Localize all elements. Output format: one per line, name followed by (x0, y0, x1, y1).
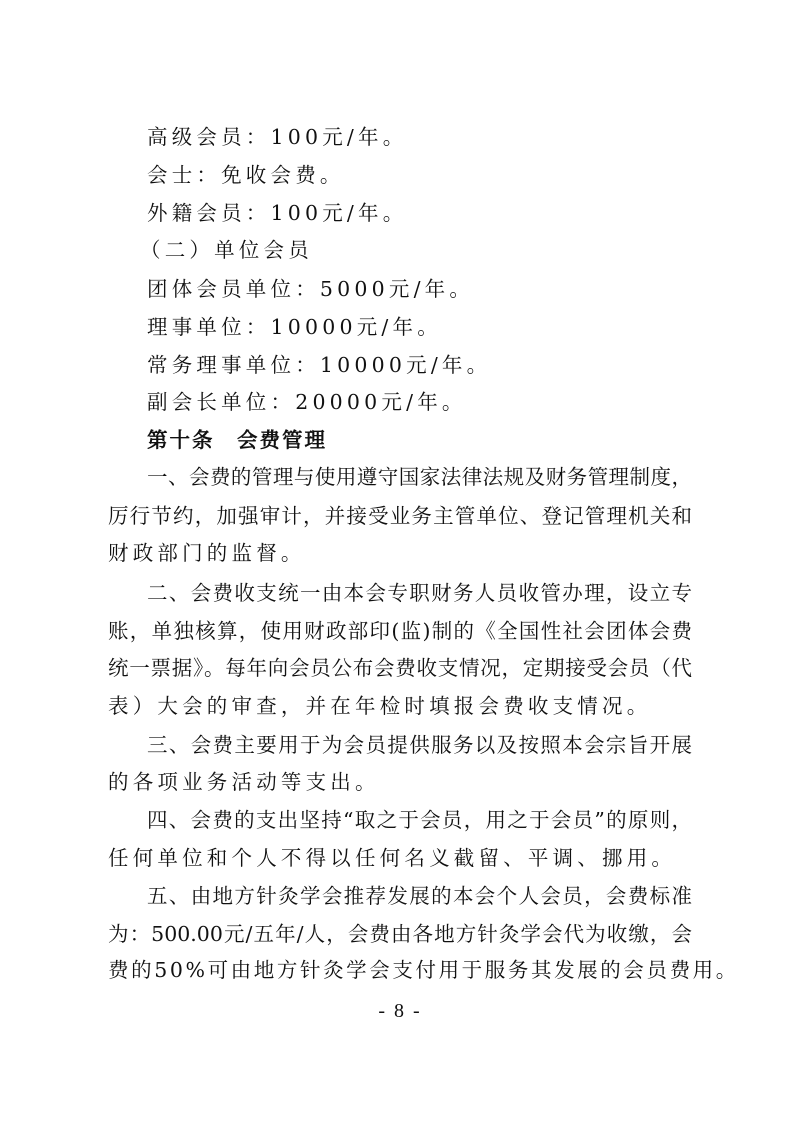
paragraph-5-line-1: 五、由地方针灸学会推荐发展的本会个人会员，会费标准 (147, 884, 692, 908)
fee-item-standing-director-unit: 常务理事单位：10000元/年。 (147, 353, 491, 377)
unit-member-section-title: （二）单位会员 (140, 238, 313, 262)
paragraph-4-line-1: 四、会费的支出坚持“取之于会员，用之于会员”的原则， (147, 808, 692, 832)
paragraph-3-line-2: 的各项业务活动等支出。 (108, 770, 380, 794)
page-number: - 8 - (0, 1000, 800, 1023)
paragraph-5-line-2: 为：500.00元/五年/人，会费由各地方针灸学会代为收缴，会 (108, 922, 692, 946)
paragraph-3-line-1: 三、会费主要用于为会员提供服务以及按照本会宗旨开展 (147, 733, 692, 757)
paragraph-2-line-2: 账，单独核算，使用财政部印(监)制的《全国性社会团体会费 (108, 619, 692, 643)
fee-item-group-unit: 团体会员单位：5000元/年。 (147, 277, 474, 301)
fee-item-fellow: 会士：免收会费。 (147, 163, 345, 187)
fee-item-vice-president-unit: 副会长单位：20000元/年。 (147, 390, 467, 414)
paragraph-1-line-3: 财政部门的监督。 (108, 541, 306, 565)
paragraph-2-line-3: 统一票据》。每年向会员公布会费收支情况，定期接受会员（代 (108, 656, 692, 680)
paragraph-2-line-1: 二、会费收支统一由本会专职财务人员收管办理，设立专 (147, 581, 692, 605)
fee-item-senior-member: 高级会员：100元/年。 (147, 125, 407, 149)
fee-item-foreign-member: 外籍会员：100元/年。 (147, 201, 407, 225)
paragraph-4-line-2: 任何单位和个人不得以任何名义截留、平调、挪用。 (108, 846, 676, 870)
paragraph-5-line-3: 费的50%可由地方针灸学会支付用于服务其发展的会员费用。 (108, 958, 739, 982)
fee-item-director-unit: 理事单位：10000元/年。 (147, 315, 442, 339)
paragraph-1-line-2: 厉行节约，加强审计，并接受业务主管单位、登记管理机关和 (108, 504, 692, 528)
paragraph-2-line-4: 表）大会的审查，并在年检时填报会费收支情况。 (108, 694, 651, 718)
article-heading: 第十条 会费管理 (147, 428, 327, 452)
paragraph-1-line-1: 一、会费的管理与使用遵守国家法律法规及财务管理制度， (147, 465, 692, 489)
